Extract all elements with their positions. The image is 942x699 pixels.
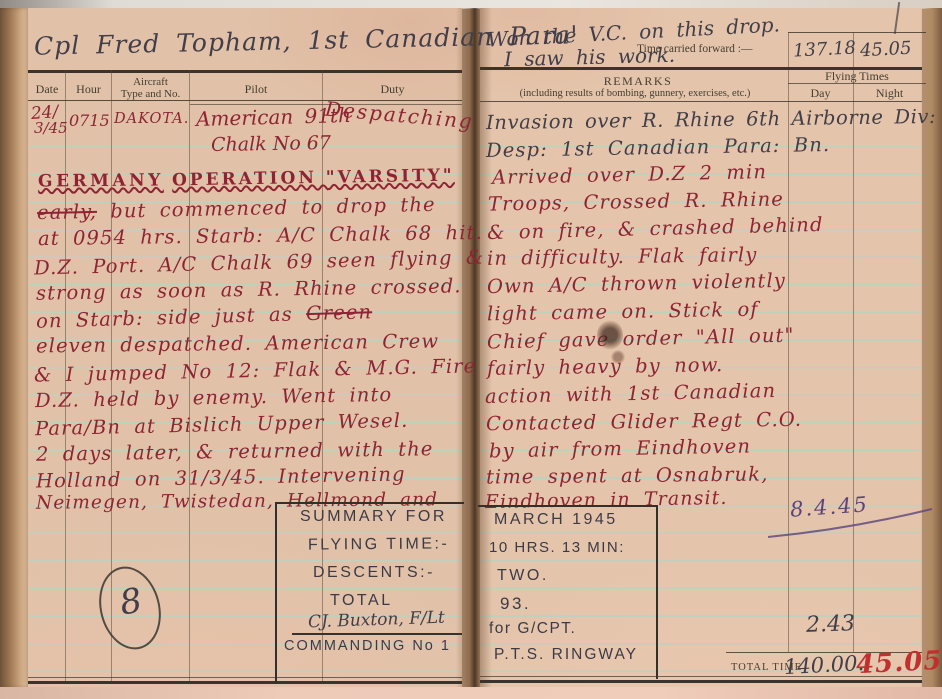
carried-forward-night-value: 45.05 <box>859 38 912 62</box>
remark-text: time spent at Osnabruk, <box>486 463 769 489</box>
summary-label-4: TOTAL <box>330 592 393 610</box>
summary-value-2: 10 HRS. 13 MIN: <box>489 539 625 556</box>
day-subtotal: 2.43 <box>806 611 856 638</box>
book-binding-edge <box>0 8 30 688</box>
table-top-rule <box>28 70 462 73</box>
log-line: eleven despatched. American Crew <box>36 330 439 358</box>
summary-label-6: COMMANDING No 1 <box>284 638 451 654</box>
night-column-header: Night <box>853 86 926 101</box>
col-header-hour: Hour <box>66 82 111 97</box>
struck-word: early, <box>37 200 97 224</box>
log-text: eleven despatched. American Crew <box>36 330 439 358</box>
remark-line: light came on. Stick of <box>487 298 759 326</box>
col-header-date: Date <box>28 82 66 97</box>
ink-blot-small <box>611 350 625 364</box>
remark-text: fairly heavy by now. <box>487 353 724 380</box>
entry-aircraft: DAKOTA. <box>114 111 189 127</box>
carried-box-top-rule <box>788 32 926 33</box>
header-bottom-rule <box>28 100 462 101</box>
col-header-duty: Duty <box>323 82 462 97</box>
entry-hour: 0715 <box>69 111 110 130</box>
summary-label-3: DESCENTS:- <box>313 564 435 582</box>
remarks-header-bottom-rule <box>480 101 922 102</box>
col-header-pilot: Pilot <box>190 82 322 97</box>
entry-pilot-2: Chalk No 67 <box>211 132 331 156</box>
heading-germany: GERMANY <box>38 170 164 191</box>
remark-text: light came on. Stick of <box>487 298 759 326</box>
remarks-header: REMARKS <box>490 74 786 89</box>
summary-value-3: TWO. <box>497 567 549 585</box>
carried-forward-label: Time carried forward :— <box>637 43 753 55</box>
struck-word: Green <box>306 300 373 325</box>
right-bottom-rule <box>480 680 922 683</box>
summary-value-1: MARCH 1945 <box>494 511 618 529</box>
logbook-scan: Cpl Fred Topham, 1st Canadian Para' Date… <box>0 0 942 699</box>
scan-bottom-edge <box>0 687 942 699</box>
flying-times-underline <box>788 83 926 84</box>
ink-blot <box>597 320 623 350</box>
summary-label-2: FLYING TIME:- <box>308 535 449 554</box>
right-bottom-rule-thin <box>480 676 922 677</box>
col-header-aircraft-2: Type and No. <box>112 88 189 100</box>
total-time-day-value: 140.00. <box>783 651 864 679</box>
flying-times-header: Flying Times <box>788 69 926 84</box>
remark-text: in difficulty. Flak fairly <box>487 243 758 270</box>
summary-value-4: 93. <box>500 594 531 614</box>
remarks-subheader: (including results of bombing, gunnery, … <box>482 88 788 99</box>
remark-line: in difficulty. Flak fairly <box>487 243 758 270</box>
summary-value-5: for G/CPT. <box>489 620 576 638</box>
remark-line: time spent at Osnabruk, <box>486 463 769 489</box>
summary-value-6: P.T.S. RINGWAY <box>494 646 638 664</box>
day-column-header: Day <box>788 86 853 101</box>
summary-label-1: SUMMARY FOR <box>300 508 447 526</box>
entry-date-2: 3/45 <box>34 119 68 137</box>
remark-line: Contacted Glider Regt C.O. <box>486 408 802 435</box>
carried-forward-day-value: 137.18 <box>792 37 856 61</box>
remark-text: Contacted Glider Regt C.O. <box>486 408 802 435</box>
col-header-aircraft-1: Aircraft <box>112 76 189 88</box>
signature-underline <box>292 633 462 635</box>
remark-line: fairly heavy by now. <box>487 353 724 380</box>
